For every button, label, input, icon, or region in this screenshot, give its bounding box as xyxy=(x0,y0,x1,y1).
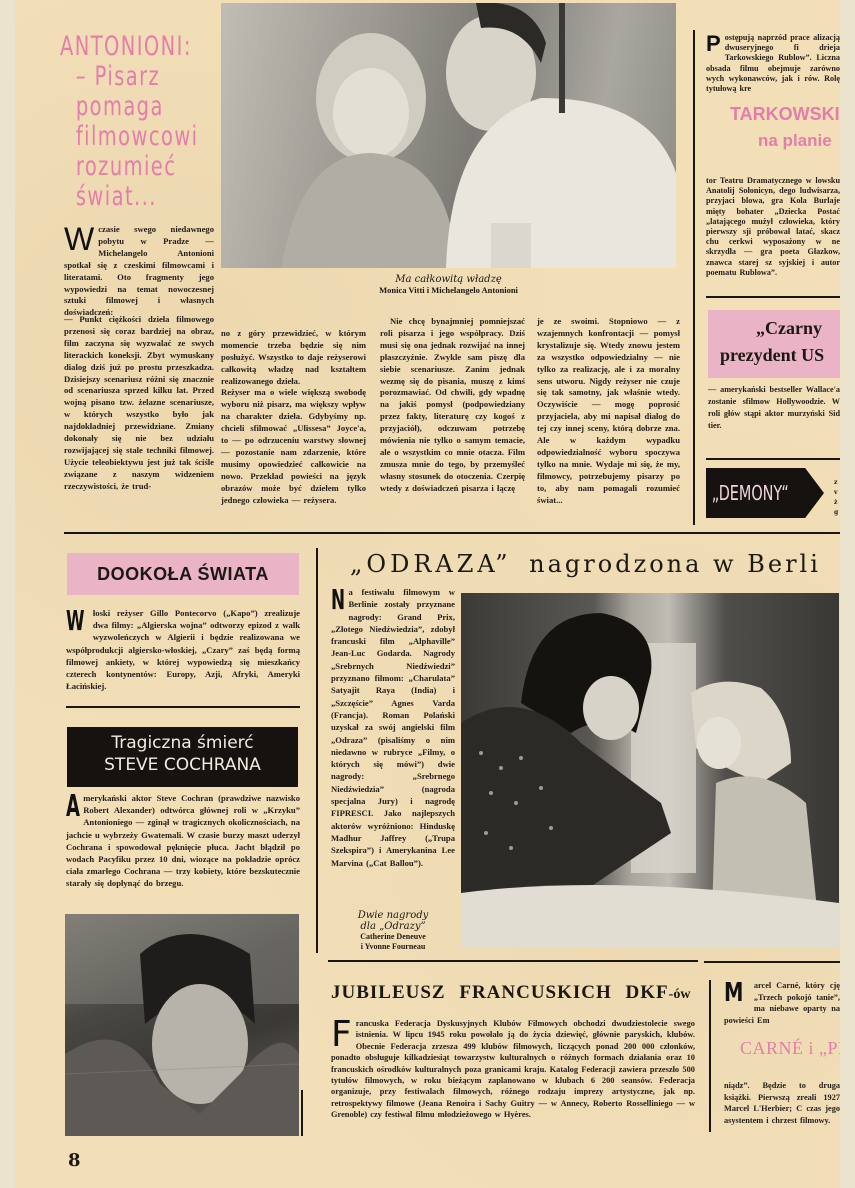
antonioni-photo xyxy=(221,3,676,268)
jubileusz-title-suffix: -ów xyxy=(669,987,691,1002)
photo-film-still-icon xyxy=(461,593,839,948)
odraza-caption: Dwie nagrody dla „Odrazy” Catherine Dene… xyxy=(331,910,455,952)
dropcap: A xyxy=(66,793,80,821)
jubileusz-title: JUBILEUSZ FRANCUSKICH DKF xyxy=(331,982,669,1003)
odraza-photo xyxy=(461,593,839,948)
tarkowski-intro: P ostępują naprzód prace alizacją dwuser… xyxy=(706,33,840,94)
column-rule xyxy=(301,1090,303,1136)
headline-line: – Pisarz xyxy=(60,62,175,92)
photo-people-icon xyxy=(221,3,676,268)
demony-banner: „DEMONY“ xyxy=(706,468,824,518)
section-divider xyxy=(66,706,300,708)
dropcap: M xyxy=(724,981,743,1005)
czarny-title-line1: „Czarny xyxy=(708,310,840,339)
headline-line: pomaga xyxy=(60,92,175,122)
caption-title: Ma całkowitą władzę xyxy=(221,274,676,285)
column-rule xyxy=(693,30,695,525)
dropcap: W xyxy=(66,608,85,634)
headline-line: ANTONIONI: xyxy=(60,32,175,62)
tarkowski-section: P ostępują naprzód prace alizacją dwuser… xyxy=(706,33,840,94)
antonioni-column-3: Nie chcę bynajmniej pomniejszać roli pis… xyxy=(380,316,525,495)
antonioni-headline: ANTONIONI: – Pisarz pomaga filmowcowi ro… xyxy=(60,32,220,212)
dropcap: W xyxy=(64,225,94,253)
headline-line: świat... xyxy=(60,182,175,212)
antonioni-intro: W czasie swego niedawnego pobytu w Pradz… xyxy=(64,224,214,319)
section-divider xyxy=(706,296,840,298)
headline-line: filmowcowi xyxy=(60,122,175,152)
czarny-title-box: „Czarny prezydent US xyxy=(708,310,840,378)
antonioni-column-1: — Punkt ciężkości dzieła filmowego przen… xyxy=(64,314,214,493)
demony-label: „DEMONY“ xyxy=(706,468,791,518)
dropcap: P xyxy=(706,34,721,54)
section-divider xyxy=(706,458,840,460)
caption-subtitle: Catherine Deneuve xyxy=(331,932,455,942)
tarkowski-body: tor Teatru Dramatycznego w lowsku Anatol… xyxy=(706,176,840,278)
tarkowski-title: TARKOWSKI na planie xyxy=(706,104,840,151)
page-divider xyxy=(64,532,840,534)
czarny-body: — amerykański bestseller Wallace'a zosta… xyxy=(708,384,840,432)
section-divider xyxy=(328,960,698,962)
caption-subtitle: Monica Vitti i Michelangelo Antonioni xyxy=(221,285,676,295)
odraza-headline-rest: nagrodzona w Berli xyxy=(529,550,821,578)
odraza-headline-quoted: „ODRAZA” xyxy=(350,550,512,578)
carne-intro: M arcel Carné, który cję „Trzech pokojó … xyxy=(724,980,840,1026)
photo-portrait-icon xyxy=(65,914,299,1136)
dookola-title-box: DOOKOŁA ŚWIATA xyxy=(67,553,299,595)
column-rule xyxy=(316,548,318,953)
jubileusz-headline: JUBILEUSZ FRANCUSKICH DKF-ów xyxy=(331,982,701,1004)
odraza-body: N a festiwalu filmowym w Berlinie został… xyxy=(331,586,455,869)
tarkowski-title-line2: na planie xyxy=(706,131,840,151)
cochran-title-line2: STEVE COCHRANA xyxy=(67,753,298,775)
carne-title: CARNÉ i „PIE xyxy=(740,1038,840,1059)
dookola-title: DOOKOŁA ŚWIATA xyxy=(67,553,299,595)
dropcap: F xyxy=(331,1019,352,1051)
cochran-title-line1: Tragiczna śmierć xyxy=(67,727,298,753)
odraza-headline: „ODRAZA” nagrodzona w Berli xyxy=(350,548,840,580)
caption-title: dla „Odrazy” xyxy=(331,921,455,932)
dookola-body: W łoski reżyser Gillo Pontecorvo („Kapo”… xyxy=(66,607,300,692)
section-divider xyxy=(704,961,840,963)
antonioni-caption: Ma całkowitą władzę Monica Vitti i Miche… xyxy=(221,274,676,295)
cochran-photo xyxy=(65,914,299,1136)
czarny-title-line2: prezydent US xyxy=(708,339,840,366)
cochran-body: A merykański aktor Steve Cochran (prawdz… xyxy=(66,792,300,890)
page-number: 8 xyxy=(68,1150,81,1171)
antonioni-column-4: je ze swoimi. Stopniowo — z wzajemnych k… xyxy=(537,316,680,507)
tarkowski-title-line1: TARKOWSKI xyxy=(706,104,840,125)
antonioni-column-2: no z góry przewidzieć, w którym momencie… xyxy=(221,316,366,518)
carne-body: niądz”. Będzie to druga książki. Pierwsz… xyxy=(724,1080,840,1126)
column-rule xyxy=(709,980,711,1132)
dropcap: N xyxy=(331,587,345,613)
demony-side-text: z v ż g xyxy=(834,478,840,518)
jubileusz-body: F rancuska Federacja Dyskusyjnych Klubów… xyxy=(331,1018,695,1121)
cochran-title-box: Tragiczna śmierć STEVE COCHRANA xyxy=(67,727,298,787)
caption-title: Dwie nagrody xyxy=(331,910,455,921)
caption-subtitle: i Yvonne Fourneau xyxy=(331,942,455,952)
headline-line: rozumieć xyxy=(60,152,175,182)
